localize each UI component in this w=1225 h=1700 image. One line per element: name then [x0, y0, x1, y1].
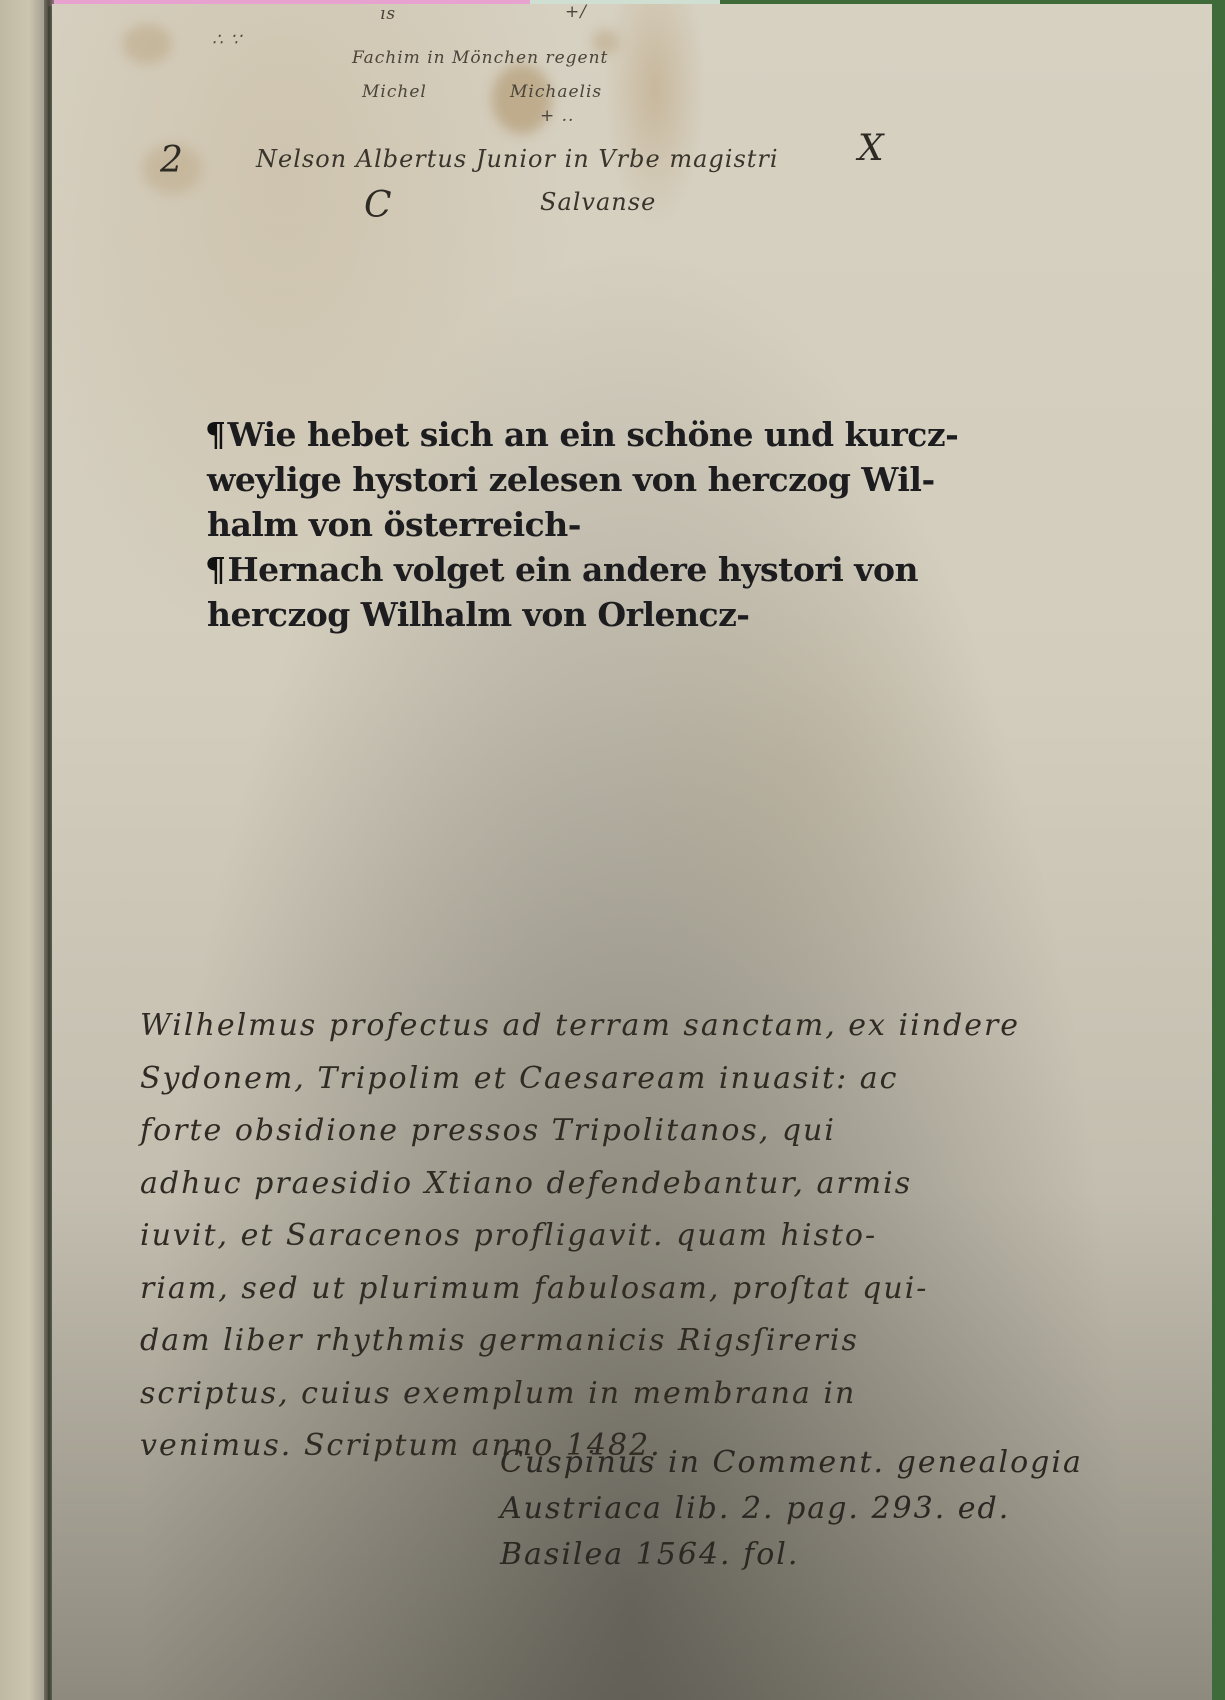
manuscript-line: adhuc praesidio Xtiano defendebantur, ar… — [140, 1158, 1200, 1211]
ownership-line-2-right: Michaelis — [510, 82, 602, 102]
pilcrow-icon: ¶ — [205, 550, 226, 589]
manuscript-line: Wilhelmus profectus ad terram sanctam, e… — [140, 1000, 1200, 1053]
pilcrow-icon: ¶ — [205, 415, 226, 454]
document-photo: ıs +/ ∴ ∵ Fachim in Mönchen regent Miche… — [0, 0, 1225, 1700]
foxing-stain — [122, 24, 172, 64]
manuscript-line: iuvit, et Saracenos profligavit. quam hi… — [140, 1210, 1200, 1263]
title-line: ¶Hernach volget ein andere hystori von — [205, 547, 925, 592]
manuscript-line: Sydonem, Tripolim et Caesaream inuasit: … — [140, 1053, 1200, 1106]
manuscript-line: forte obsidione pressos Tripolitanos, qu… — [140, 1105, 1200, 1158]
facing-page-edge — [0, 0, 48, 1700]
manuscript-line: riam, sed ut plurimum fabulosam, proſtat… — [140, 1263, 1200, 1316]
title-line: halm von österreich- — [205, 502, 925, 547]
citation-note: Cuspinus in Comment. genealogia Austriac… — [500, 1440, 1200, 1578]
ownership-line-2-left: Michel — [362, 82, 427, 102]
ownership-line-1: Fachim in Mönchen regent — [352, 48, 608, 68]
manuscript-line: scriptus, cuius exemplum in membrana in — [140, 1368, 1200, 1421]
corner-scribble: ∴ ∵ — [212, 30, 242, 50]
manuscript-line: dam liber rhythmis germanicis Rigsſireri… — [140, 1315, 1200, 1368]
title-line: ¶Wie hebet sich an ein schöne und kurcz- — [205, 412, 925, 457]
shelfmark-right: X — [858, 128, 885, 169]
title-line: herczog Wilhalm von Orlencz- — [205, 592, 925, 637]
folio-mark-left: ıs — [380, 4, 396, 24]
dot-marks: + .. — [540, 106, 574, 126]
citation-line: Cuspinus in Comment. genealogia — [500, 1440, 1200, 1486]
flourish-signature: Salvanse — [540, 188, 656, 216]
citation-line: Austriaca lib. 2. pag. 293. ed. — [500, 1486, 1200, 1532]
manuscript-note: Wilhelmus profectus ad terram sanctam, e… — [140, 1000, 1200, 1473]
printed-title-block: ¶Wie hebet sich an ein schöne und kurcz-… — [205, 412, 925, 637]
shelfmark-left: 2 — [160, 140, 184, 181]
signature-line: Nelson Albertus Junior in Vrbe magistri — [256, 145, 779, 173]
folio-mark-right: +/ — [565, 2, 587, 22]
title-line: weylige hystori zelesen von herczog Wil- — [205, 457, 925, 502]
citation-line: Basilea 1564. fol. — [500, 1532, 1200, 1578]
letter-c-mark: C — [364, 185, 393, 226]
